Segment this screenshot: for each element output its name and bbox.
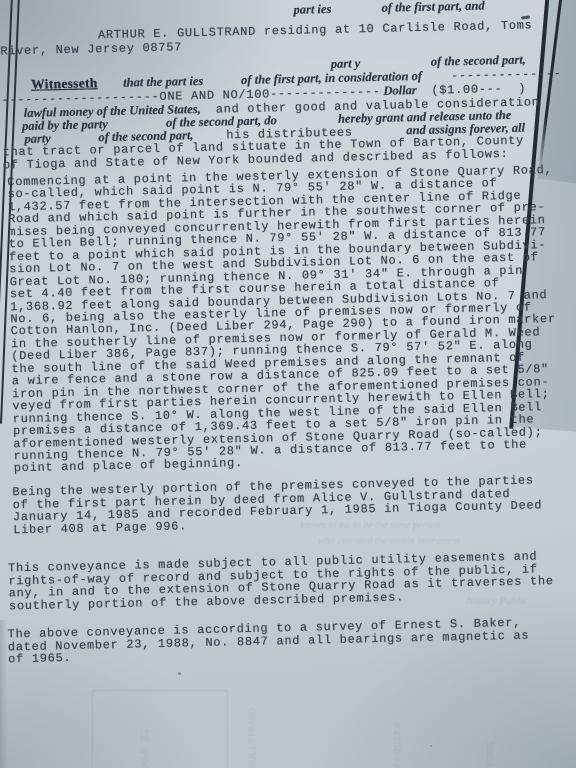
form-text-first-part: of the first part, and [381, 0, 484, 16]
form-dollar: Dollar [383, 83, 417, 99]
typed-dashes: -------------- [451, 67, 562, 84]
grantee-name-address: ARTHUR E. GULLSTRAND residing at 10 Carl… [98, 18, 533, 42]
survey-paragraph: The above conveyance is according to a s… [7, 615, 576, 666]
legal-description-paragraph: Commencing at a point in the westerly ex… [7, 163, 576, 475]
derivation-paragraph: Being the westerly portion of the premis… [12, 473, 576, 537]
subject-to-paragraph: This conveyance is made subject to all p… [8, 549, 576, 613]
grantee-address-2: River, New Jersey 08757 [0, 40, 182, 58]
witnesseth-heading: Witnesseth [31, 75, 98, 93]
form-blank-parties: part ies [293, 2, 331, 18]
deed-page-content: part ies of the first part, and ARTHUR E… [0, 0, 576, 768]
deed-document-photo: known to me to be the same person who ex… [0, 0, 576, 768]
